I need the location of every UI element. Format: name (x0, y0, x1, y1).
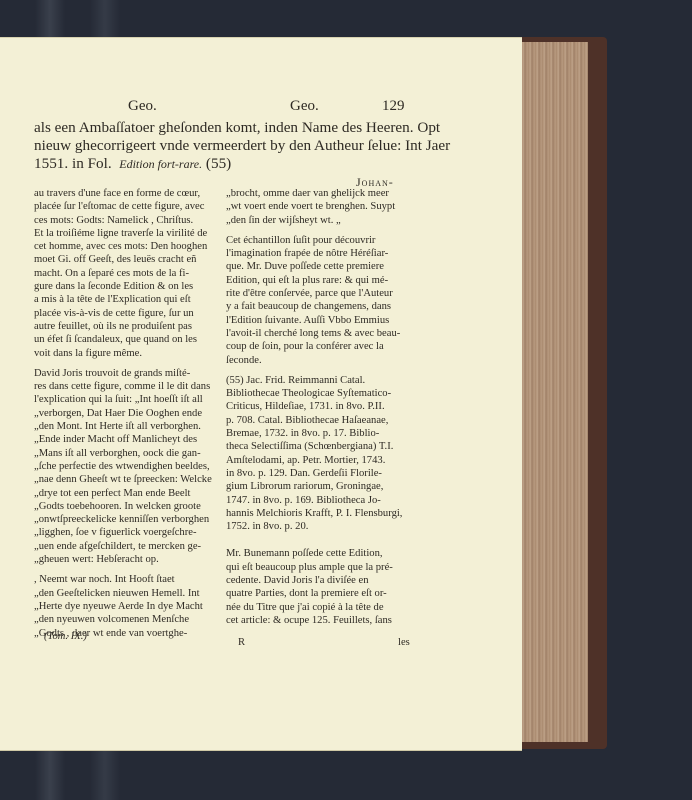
text-line: Criticus, Hildeſiae, 1731. in 8vo. P.II. (226, 400, 409, 413)
title-line-3: 1551. in Fol. Edition fort-rare. (55) (34, 155, 406, 173)
text-line (226, 540, 409, 547)
text-line: hannis Melchioris Krafft, P. I. Flensbur… (226, 507, 409, 520)
text-line: y a fait beaucoup de changemens, dans (226, 300, 409, 313)
page-block-fore-edge (520, 42, 588, 742)
text-line: „Godts toebehooren. In welcken groote (34, 500, 217, 513)
left-column: au travers d'une face en forme de cœur,p… (34, 187, 217, 640)
text-line: au travers d'une face en forme de cœur, (34, 187, 217, 200)
text-line: „drye tot een perfect Man ende Beelt (34, 487, 217, 500)
volume-footer: (Tom. IX.) (44, 630, 87, 643)
text-line: , Neemt war noch. Int Hooft ſtaet (34, 573, 217, 586)
text-line: Bremae, 1732. in 8vo. p. 17. Biblio- (226, 427, 409, 440)
text-line: placée ſur l'eſtomac de cette figure, av… (34, 200, 217, 213)
text-line: „Mans iſt all verborghen, oock die gan- (34, 447, 217, 460)
text-line: res dans cette figure, comme il le dit d… (34, 380, 217, 393)
text-line: cet article: & ocupe 125. Feuillets, ſan… (226, 614, 409, 627)
text-line: „ſche perfectie des wtwendighen beeldes, (34, 460, 217, 473)
text-line (34, 566, 217, 573)
text-line: Mr. Bunemann poſſede cette Edition, (226, 547, 409, 560)
text-line: Amſtelodami, ap. Petr. Mortier, 1743. (226, 454, 409, 467)
text-line: 1752. in 8vo. p. 20. (226, 520, 409, 533)
text-line: coup de ſoin, pour la conférer avec la (226, 340, 409, 353)
text-line: Cet échantillon ſuſit pour découvrir (226, 234, 409, 247)
text-line: cedente. David Joris l'a diviſée en (226, 574, 409, 587)
running-head-center: Geo. (290, 98, 319, 115)
text-line: moet Gi. off Geeſt, des leuës cracht eñ (34, 253, 217, 266)
running-head-left: Geo. (128, 98, 157, 115)
text-line: qui eſt beaucoup plus ample que la pré- (226, 561, 409, 574)
text-line: „gheuen wert: Hebſeracht op. (34, 553, 217, 566)
text-line: Et la troiſiéme ligne traverſe la virili… (34, 227, 217, 240)
text-line: cet homme, avec ces mots: Den hooghen (34, 240, 217, 253)
text-line: „nae denn Gheeſt wt te ſpreecken: Welcke (34, 473, 217, 486)
volume-label: (Tom. IX.) (44, 631, 87, 642)
text-line: „den Geeſtelicken nieuwen Hemell. Int (34, 587, 217, 600)
text-line: theca Selectiſſima (Schœnbergiana) T.I. (226, 440, 409, 453)
text-line: placée vis-à-vis de cette figure, ſur un (34, 307, 217, 320)
text-line (226, 367, 409, 374)
text-line: ces mots: Godts: Namelick , Chriſtus. (34, 214, 217, 227)
text-line: quatre Parties, dont la premiere eſt or- (226, 587, 409, 600)
page-number: 129 (382, 98, 405, 115)
text-line: „den Mont. Int Herte iſt all verborghen. (34, 420, 217, 433)
text-line (226, 533, 409, 540)
text-line: l'avoit-il cherché long tems & avec beau… (226, 327, 409, 340)
text-line: ſeconde. (226, 354, 409, 367)
text-line: l'Edition ſuivante. Auſſi Vbbo Emmius (226, 314, 409, 327)
text-line: David Joris trouvoit de grands miſté- (34, 367, 217, 380)
text-line: autre feuillet, où ils ne produiſent pas (34, 320, 217, 333)
footnote-ref: (55) (206, 155, 231, 172)
text-line: née du Titre que j'ai copié à la tête de (226, 601, 409, 614)
text-line: gure dans la ſeconde Edition & on les (34, 280, 217, 293)
text-line: „wt voert ende voert te brenghen. Suypt (226, 200, 409, 213)
right-column: „brocht, omme daer van ghelijck meer„wt … (226, 187, 409, 627)
text-line: p. 708. Catal. Bibliothecae Haſaeanae, (226, 414, 409, 427)
title-line: nieuw ghecorrigeert vnde vermeerdert by … (34, 137, 406, 155)
text-line: 1747. in 8vo. p. 169. Bibliotheca Jo- (226, 494, 409, 507)
text-line: voit dans la figure même. (34, 347, 217, 360)
text-line: que. Mr. Duve poſſede cette premiere (226, 260, 409, 273)
text-line: in 8vo. p. 129. Dan. Gerdeſii Florile- (226, 467, 409, 480)
text-line: „Herte dye nyeuwe Aerde In dye Macht (34, 600, 217, 613)
text-line: l'imagination frapée de nôtre Héréſiar- (226, 247, 409, 260)
text-line: „den nyeuwen volcomenen Menſche (34, 613, 217, 626)
text-line: l'explication qui la ſuit: „Int hoeſſt i… (34, 393, 217, 406)
text-line: Edition, qui eſt la plus rare: & qui mé- (226, 274, 409, 287)
text-line (226, 227, 409, 234)
text-line: „verborgen, Dat Haer Die Ooghen ende (34, 407, 217, 420)
text-line: un éfet ſi ſcandaleux, que quand on les (34, 333, 217, 346)
text-line: (55) Jac. Frid. Reimmanni Catal. (226, 374, 409, 387)
text-line: a mis à la tête de l'Explication qui eſt (34, 293, 217, 306)
text-line (34, 360, 217, 367)
text-line: gium Librorum rariorum, Groningae, (226, 480, 409, 493)
text-line: macht. On a ſeparé ces mots de la fi- (34, 267, 217, 280)
text-line: „ligghen, ſoe v figuerlick voergeſchre- (34, 526, 217, 539)
text-line: „onwtſpreeckelicke kenniſſen verborghen (34, 513, 217, 526)
signature-mark: R (238, 636, 245, 649)
title-line: als een Ambaſſatoer gheſonden komt, inde… (34, 119, 406, 137)
text-line: „Ende inder Macht off Manlicheyt des (34, 433, 217, 446)
text-line: „brocht, omme daer van ghelijck meer (226, 187, 409, 200)
text-line: Bibliothecae Theologicae Syſtematico- (226, 387, 409, 400)
edition-note: Edition fort-rare. (119, 157, 202, 171)
text-line: „uen ende afgeſchildert, te mercken ge- (34, 540, 217, 553)
edition-year: 1551. in Fol. (34, 155, 112, 172)
text-line: rite d'être conſervée, parce que l'Auteu… (226, 287, 409, 300)
catchword-bottom: les (398, 636, 410, 649)
text-line: „den ſin der wijſsheyt wt. „ (226, 214, 409, 227)
